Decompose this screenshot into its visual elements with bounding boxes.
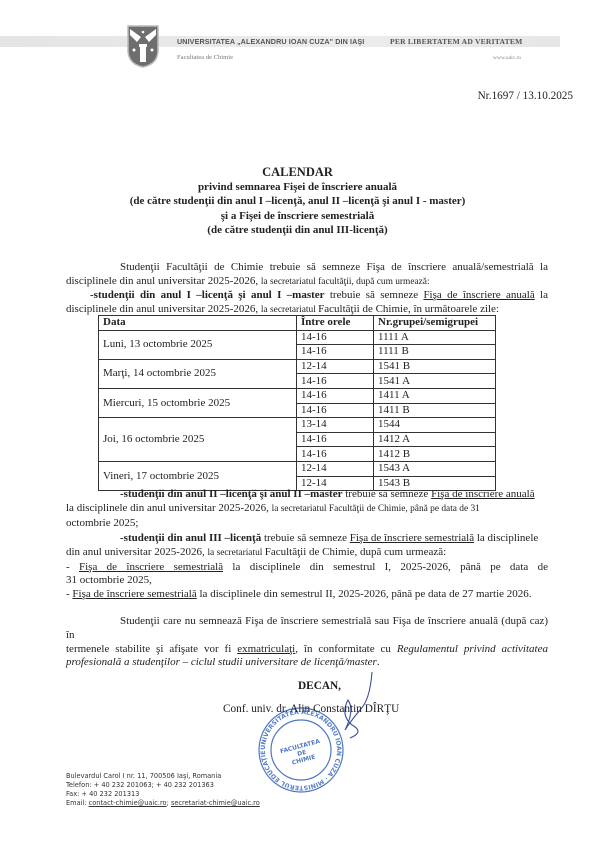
- form-link-annual: Fişa de înscriere anuală: [431, 488, 535, 500]
- signatory-name: Conf. univ. dr. Alin Constantin DÎRŢU: [223, 703, 399, 715]
- list-item: - Fişa de înscriere semestrială la disci…: [66, 561, 548, 575]
- cell-date: Joi, 16 octombrie 2025: [99, 418, 297, 462]
- cell-hours: 12-14: [297, 461, 374, 476]
- footer-address: Bulevardul Carol I nr. 11, 700506 Iaşi, …: [66, 772, 260, 781]
- email-link-contact[interactable]: contact-chimie@uaic.ro: [89, 799, 167, 807]
- table-row: Marţi, 14 octombrie 202512-141541 B: [99, 359, 496, 374]
- cell-hours: 14-16: [297, 403, 374, 418]
- column-header-group: Nr.grupei/semigrupei: [374, 316, 496, 331]
- column-header-date: Data: [99, 316, 297, 331]
- cell-hours: 14-16: [297, 345, 374, 360]
- title-main: CALENDAR: [0, 165, 595, 179]
- table-row: Miercuri, 15 octombrie 202514-161411 A: [99, 388, 496, 403]
- cell-date: Luni, 13 octombrie 2025: [99, 330, 297, 359]
- cell-hours: 14-16: [297, 432, 374, 447]
- column-header-hours: Între orele: [297, 316, 374, 331]
- signature-role: DECAN,: [298, 680, 341, 692]
- cell-group: 1411 A: [374, 388, 496, 403]
- svg-text:CHIMIE: CHIMIE: [291, 754, 316, 767]
- cell-hours: 14-16: [297, 374, 374, 389]
- form-link-semester: Fişa de înscriere semestrială: [350, 532, 474, 544]
- section-year1: -studenţii din anul I –licenţă şi anul I…: [66, 289, 548, 318]
- cell-hours: 14-16: [297, 330, 374, 345]
- footer-email: Email: contact-chimie@uaic.ro; secretari…: [66, 799, 260, 808]
- title-line: şi a Fişei de înscriere semestrială: [0, 209, 595, 223]
- title-line: (de către studenţii din anul I –licenţă,…: [0, 194, 595, 208]
- cell-group: 1111 B: [374, 345, 496, 360]
- email-link-secretariat[interactable]: secretariat-chimie@uaic.ro: [171, 799, 260, 807]
- cell-hours: 13-14: [297, 418, 374, 433]
- cell-hours: 14-16: [297, 388, 374, 403]
- university-name: UNIVERSITATEA „ALEXANDRU IOAN CUZA" DIN …: [177, 37, 364, 46]
- cell-date: Marţi, 14 octombrie 2025: [99, 359, 297, 388]
- cell-group: 1111 A: [374, 330, 496, 345]
- section-year2: -studenţii din anul II –licenţă şi anul …: [66, 488, 548, 530]
- cell-date: Miercuri, 15 octombrie 2025: [99, 388, 297, 417]
- footer-fax: Fax: + 40 232 201313: [66, 790, 260, 799]
- cell-group: 1541 B: [374, 359, 496, 374]
- table-row: Joi, 16 octombrie 202513-141544: [99, 418, 496, 433]
- cell-hours: 14-16: [297, 447, 374, 462]
- title-line: (de către studenţii din anul III-licenţă…: [0, 223, 595, 237]
- document-number: Nr.1697 / 13.10.2025: [478, 90, 573, 102]
- title-line: privind semnarea Fişei de înscriere anua…: [0, 180, 595, 194]
- university-motto: PER LIBERTATEM AD VERITATEM: [390, 37, 523, 46]
- footer-phone: Telefon: + 40 232 201063; + 40 232 20136…: [66, 781, 260, 790]
- website-link[interactable]: www.uaic.ro: [493, 55, 521, 61]
- intro-paragraph: Studenţii Facultăţii de Chimie trebuie s…: [66, 261, 548, 290]
- university-crest-icon: [126, 24, 160, 68]
- cell-group: 1543 A: [374, 461, 496, 476]
- cell-group: 1411 B: [374, 403, 496, 418]
- cell-date: Vineri, 17 octombrie 2025: [99, 461, 297, 490]
- schedule-table: Data Între orele Nr.grupei/semigrupei Lu…: [98, 315, 496, 491]
- faculty-name: Facultatea de Chimie: [177, 54, 233, 61]
- cell-group: 1412 A: [374, 432, 496, 447]
- cell-group: 1412 B: [374, 447, 496, 462]
- form-link-annual: Fişa de înscriere anuală: [423, 289, 534, 301]
- list-item: - Fişa de înscriere semestrială la disci…: [66, 588, 548, 602]
- footer-contact: Bulevardul Carol I nr. 11, 700506 Iaşi, …: [66, 772, 260, 808]
- table-row: Luni, 13 octombrie 202514-161111 A: [99, 330, 496, 345]
- document-title: CALENDAR privind semnarea Fişei de înscr…: [0, 165, 595, 237]
- table-row: Vineri, 17 octombrie 202512-141543 A: [99, 461, 496, 476]
- closing-paragraph: Studenţii care nu semnează Fişa de înscr…: [66, 615, 548, 670]
- cell-group: 1541 A: [374, 374, 496, 389]
- cell-hours: 12-14: [297, 359, 374, 374]
- section-year3: -studenţii din anul III –licenţă trebuie…: [66, 532, 548, 602]
- cell-group: 1544: [374, 418, 496, 433]
- table-header-row: Data Între orele Nr.grupei/semigrupei: [99, 316, 496, 331]
